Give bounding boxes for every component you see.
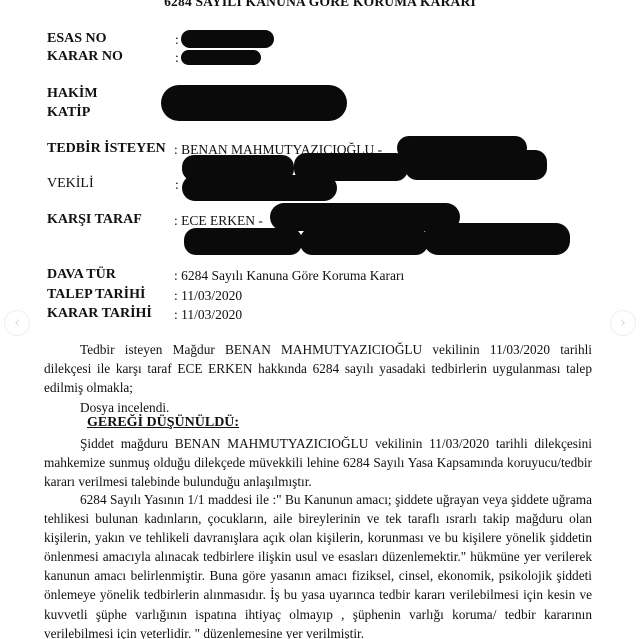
redaction-karar-no [181, 50, 261, 65]
paragraph-findings-text: Şiddet mağduru BENAN MAHMUTYAZICIOĞLU ve… [44, 436, 592, 489]
section-heading: GEREĞİ DÜŞÜNÜLDÜ: [87, 415, 239, 431]
redaction-hakim-katip [161, 85, 347, 121]
label-karsi-taraf: KARŞI TARAF [47, 212, 142, 228]
label-karar-no: KARAR NO [47, 49, 123, 65]
karar-tarihi-value: : 11/03/2020 [174, 307, 242, 323]
label-vekili: VEKİLİ [47, 176, 94, 192]
chevron-right-icon: › [620, 315, 626, 331]
paragraph-request: Tedbir isteyen Mağdur BENAN MAHMUTYAZICI… [44, 340, 592, 397]
request-date: 11/03/2020 [181, 288, 242, 303]
label-tedbir-isteyen: TEDBİR İSTEYEN [47, 141, 166, 157]
colon: : [175, 50, 179, 66]
label-karar-tarihi: KARAR TARİHİ [47, 306, 152, 322]
redaction-opposing-2 [184, 228, 302, 255]
label-katip: KATİP [47, 105, 90, 121]
case-type: 6284 Sayılı Kanuna Göre Koruma Kararı [181, 268, 404, 283]
label-esas-no: ESAS NO [47, 31, 107, 47]
colon: : [175, 177, 179, 193]
colon: : [174, 142, 178, 157]
label-talep-tarihi: TALEP TARİHİ [47, 287, 145, 303]
talep-tarihi-value: : 11/03/2020 [174, 288, 242, 304]
redaction-vekili [182, 175, 337, 201]
carousel-prev-button[interactable]: ‹ [4, 310, 30, 336]
paragraph-law-article: 6284 Sayılı Yasının 1/1 maddesi ile :" B… [44, 490, 592, 639]
paragraph-request-text: Tedbir isteyen Mağdur BENAN MAHMUTYAZICI… [44, 342, 592, 395]
redaction-applicant-4 [405, 150, 547, 180]
document-title: 6284 SAYILI KANUNA GÖRE KORUMA KARARI [0, 0, 640, 10]
dava-tur-value: : 6284 Sayılı Kanuna Göre Koruma Kararı [174, 268, 404, 284]
chevron-left-icon: ‹ [14, 315, 20, 331]
colon: : [174, 288, 178, 303]
colon: : [174, 213, 178, 228]
redaction-opposing-4 [424, 223, 570, 255]
carousel-next-button[interactable]: › [610, 310, 636, 336]
redaction-esas-no [181, 30, 274, 48]
decision-date: 11/03/2020 [181, 307, 242, 322]
paragraph-law-article-text: 6284 Sayılı Yasının 1/1 maddesi ile :" B… [44, 492, 592, 639]
label-hakim: HAKİM [47, 86, 98, 102]
redaction-opposing-3 [300, 228, 428, 255]
colon: : [174, 307, 178, 322]
label-dava-tur: DAVA TÜR [47, 267, 116, 283]
paragraph-findings: Şiddet mağduru BENAN MAHMUTYAZICIOĞLU ve… [44, 434, 592, 491]
colon: : [174, 268, 178, 283]
opposing-party-name: ECE ERKEN - [181, 213, 263, 228]
karsi-taraf-value: : ECE ERKEN - [174, 213, 263, 229]
colon: : [175, 32, 179, 48]
